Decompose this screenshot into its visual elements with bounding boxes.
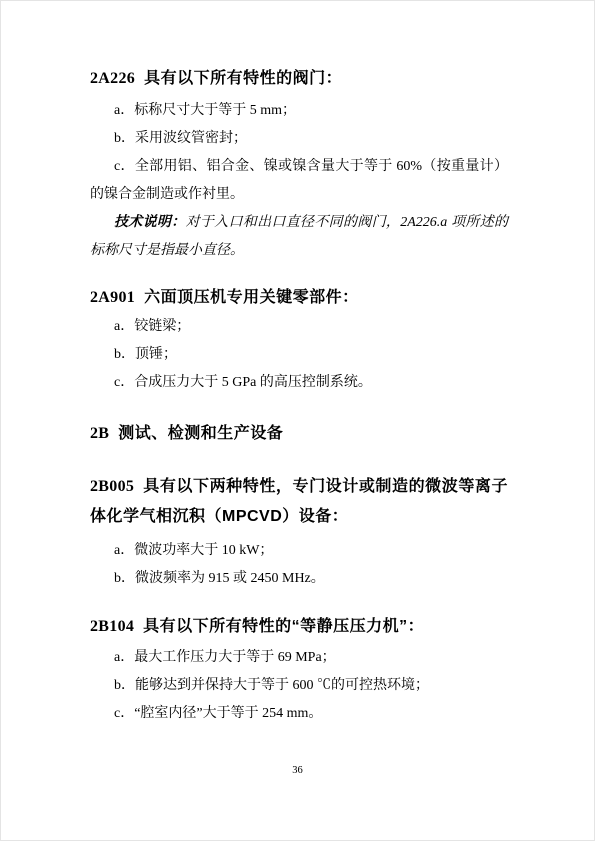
entry-title-2a901: 六面顶压机专用关键零部件：: [144, 289, 359, 306]
entry-heading-2a901: 2A901六面顶压机专用关键零部件：: [90, 283, 508, 313]
entry-code-2b005: 2B005: [90, 478, 134, 495]
list-item-2b104-b: b．能够达到并保持大于等于 600 ℃的可控热环境；: [114, 672, 508, 700]
entry-body-2a901: a．铰链梁； b．顶锤； c．合成压力大于 5 GPa 的高压控制系统。: [90, 313, 508, 397]
entry-code-2a901: 2A901: [90, 289, 135, 306]
list-item-2b104-c: c．“腔室内径”大于等于 254 mm。: [114, 700, 508, 728]
list-item-2b005-a: a．微波功率大于 10 kW；: [114, 537, 508, 565]
page-number: 36: [1, 765, 594, 776]
list-item-2b104-a: a．最大工作压力大于等于 69 MPa；: [114, 644, 508, 672]
category-heading-2b: 2B测试、检测和生产设备: [90, 419, 508, 449]
list-item-2a226-c: c．全部用铝、铝合金、镍或镍含量大于等于 60%（按重量计）的镍合金制造或作衬里…: [90, 153, 508, 209]
entry-title-2b005: 具有以下两种特性，专门设计或制造的微波等离子体化学气相沉积（MPCVD）设备：: [90, 478, 508, 525]
entry-title-2b104: 具有以下所有特性的“等静压压力机”：: [143, 618, 424, 635]
entry-code-2a226: 2A226: [90, 70, 135, 87]
list-item-2a226-a: a．标称尺寸大于等于 5 mm；: [114, 97, 508, 125]
list-item-2a226-b: b．采用波纹管密封；: [114, 125, 508, 153]
list-item-2a901-a: a．铰链梁；: [114, 313, 508, 341]
technical-note-label: 技术说明：: [114, 215, 186, 230]
entry-heading-2a226: 2A226具有以下所有特性的阀门：: [90, 64, 508, 94]
entry-body-2b005: a．微波功率大于 10 kW； b．微波频率为 915 或 2450 MHz。: [90, 537, 508, 593]
category-code-2b: 2B: [90, 425, 109, 442]
entry-title-2a226: 具有以下所有特性的阀门：: [144, 70, 342, 87]
entry-heading-2b005: 2B005具有以下两种特性，专门设计或制造的微波等离子体化学气相沉积（MPCVD…: [90, 472, 508, 532]
technical-note-2a226: 技术说明：对于入口和出口直径不同的阀门，2A226.a 项所述的标称尺寸是指最小…: [90, 209, 508, 265]
document-page: 2A226具有以下所有特性的阀门： a．标称尺寸大于等于 5 mm； b．采用波…: [0, 0, 595, 841]
entry-heading-2b104: 2B104具有以下所有特性的“等静压压力机”：: [90, 612, 508, 642]
entry-code-2b104: 2B104: [90, 618, 134, 635]
category-title-2b: 测试、检测和生产设备: [118, 425, 283, 442]
list-item-2a901-c: c．合成压力大于 5 GPa 的高压控制系统。: [114, 369, 508, 397]
entry-body-2a226: a．标称尺寸大于等于 5 mm； b．采用波纹管密封； c．全部用铝、铝合金、镍…: [90, 97, 508, 265]
entry-body-2b104: a．最大工作压力大于等于 69 MPa； b．能够达到并保持大于等于 600 ℃…: [90, 644, 508, 728]
list-item-2b005-b: b．微波频率为 915 或 2450 MHz。: [114, 565, 508, 593]
page-content: 2A226具有以下所有特性的阀门： a．标称尺寸大于等于 5 mm； b．采用波…: [90, 1, 508, 728]
list-item-2a901-b: b．顶锤；: [114, 341, 508, 369]
